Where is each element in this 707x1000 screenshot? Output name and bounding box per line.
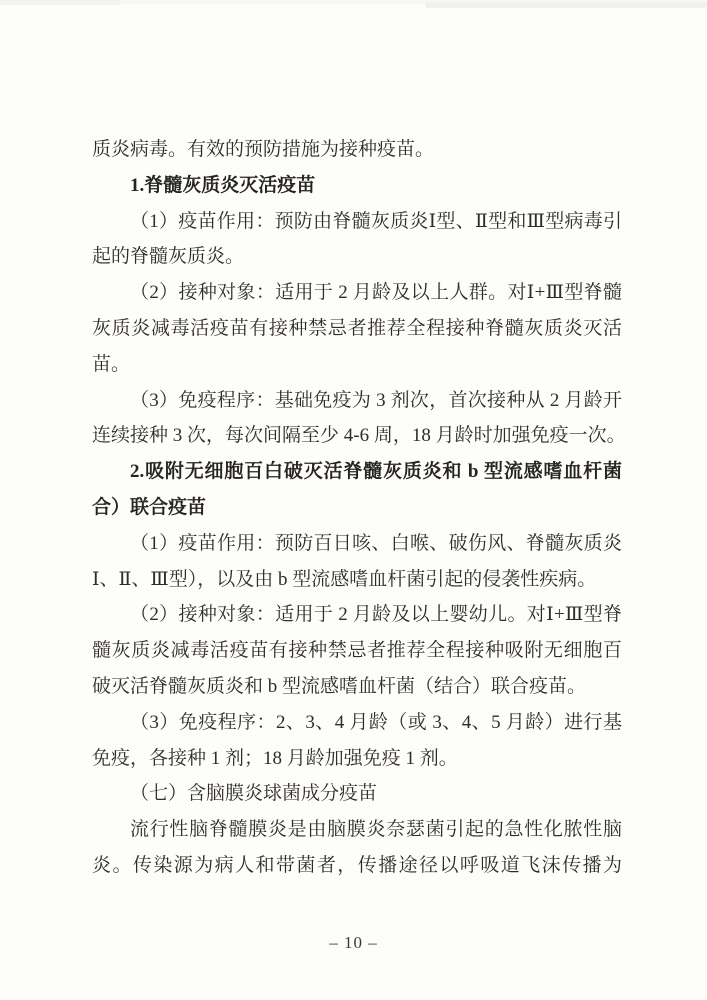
text-line: Ⅰ、Ⅱ、Ⅲ型），以及由 b 型流感嗜血杆菌引起的侵袭性疾病。 xyxy=(92,562,622,598)
text-line: 破灭活脊髓灰质炎和 b 型流感嗜血杆菌（结合）联合疫苗。 xyxy=(92,669,622,705)
text-line: 起的脊髓灰质炎。 xyxy=(92,239,622,275)
text-line: （2）接种对象：适用于 2 月龄及以上人群。对Ⅰ+Ⅲ型脊髓 xyxy=(92,275,622,311)
text-line: 髓灰质炎减毒活疫苗有接种禁忌者推荐全程接种吸附无细胞百白 xyxy=(92,633,622,669)
text-line: （七）含脑膜炎球菌成分疫苗 xyxy=(92,776,622,812)
heading-line: 合）联合疫苗 xyxy=(92,490,622,526)
text-line: （2）接种对象：适用于 2 月龄及以上婴幼儿。对Ⅰ+Ⅲ型脊 xyxy=(92,597,622,633)
scan-artifact-top-left xyxy=(0,0,120,5)
text-line: 流行性脑脊髓膜炎是由脑膜炎奈瑟菌引起的急性化脓性脑膜 xyxy=(92,812,622,848)
heading-line: 1.脊髓灰质炎灭活疫苗 xyxy=(92,168,622,204)
text-line: 连续接种 3 次，每次间隔至少 4-6 周，18 月龄时加强免疫一次。 xyxy=(92,418,622,454)
document-body: 质炎病毒。有效的预防措施为接种疫苗。1.脊髓灰质炎灭活疫苗（1）疫苗作用：预防由… xyxy=(92,132,622,884)
text-line: 质炎病毒。有效的预防措施为接种疫苗。 xyxy=(92,132,622,168)
text-line: （1）疫苗作用：预防百日咳、白喉、破伤风、脊髓灰质炎（含 xyxy=(92,526,622,562)
text-line: （3）免疫程序：基础免疫为 3 剂次，首次接种从 2 月龄开始， xyxy=(92,383,622,419)
text-line: 灰质炎减毒活疫苗有接种禁忌者推荐全程接种脊髓灰质炎灭活疫 xyxy=(92,311,622,347)
text-line: 免疫，各接种 1 剂；18 月龄加强免疫 1 剂。 xyxy=(92,741,622,777)
text-line: （3）免疫程序：2、3、4 月龄（或 3、4、5 月龄）进行基础 xyxy=(92,705,622,741)
page-number: – 10 – xyxy=(0,932,707,954)
scan-artifact-top-right xyxy=(425,2,707,8)
text-line: 苗。 xyxy=(92,347,622,383)
heading-line: 2.吸附无细胞百白破灭活脊髓灰质炎和 b 型流感嗜血杆菌（结 xyxy=(92,454,622,490)
text-line: 炎。传染源为病人和带菌者，传播途径以呼吸道飞沫传播为主， xyxy=(92,848,622,884)
text-line: （1）疫苗作用：预防由脊髓灰质炎Ⅰ型、Ⅱ型和Ⅲ型病毒引 xyxy=(92,204,622,240)
document-page: 质炎病毒。有效的预防措施为接种疫苗。1.脊髓灰质炎灭活疫苗（1）疫苗作用：预防由… xyxy=(0,0,707,1000)
